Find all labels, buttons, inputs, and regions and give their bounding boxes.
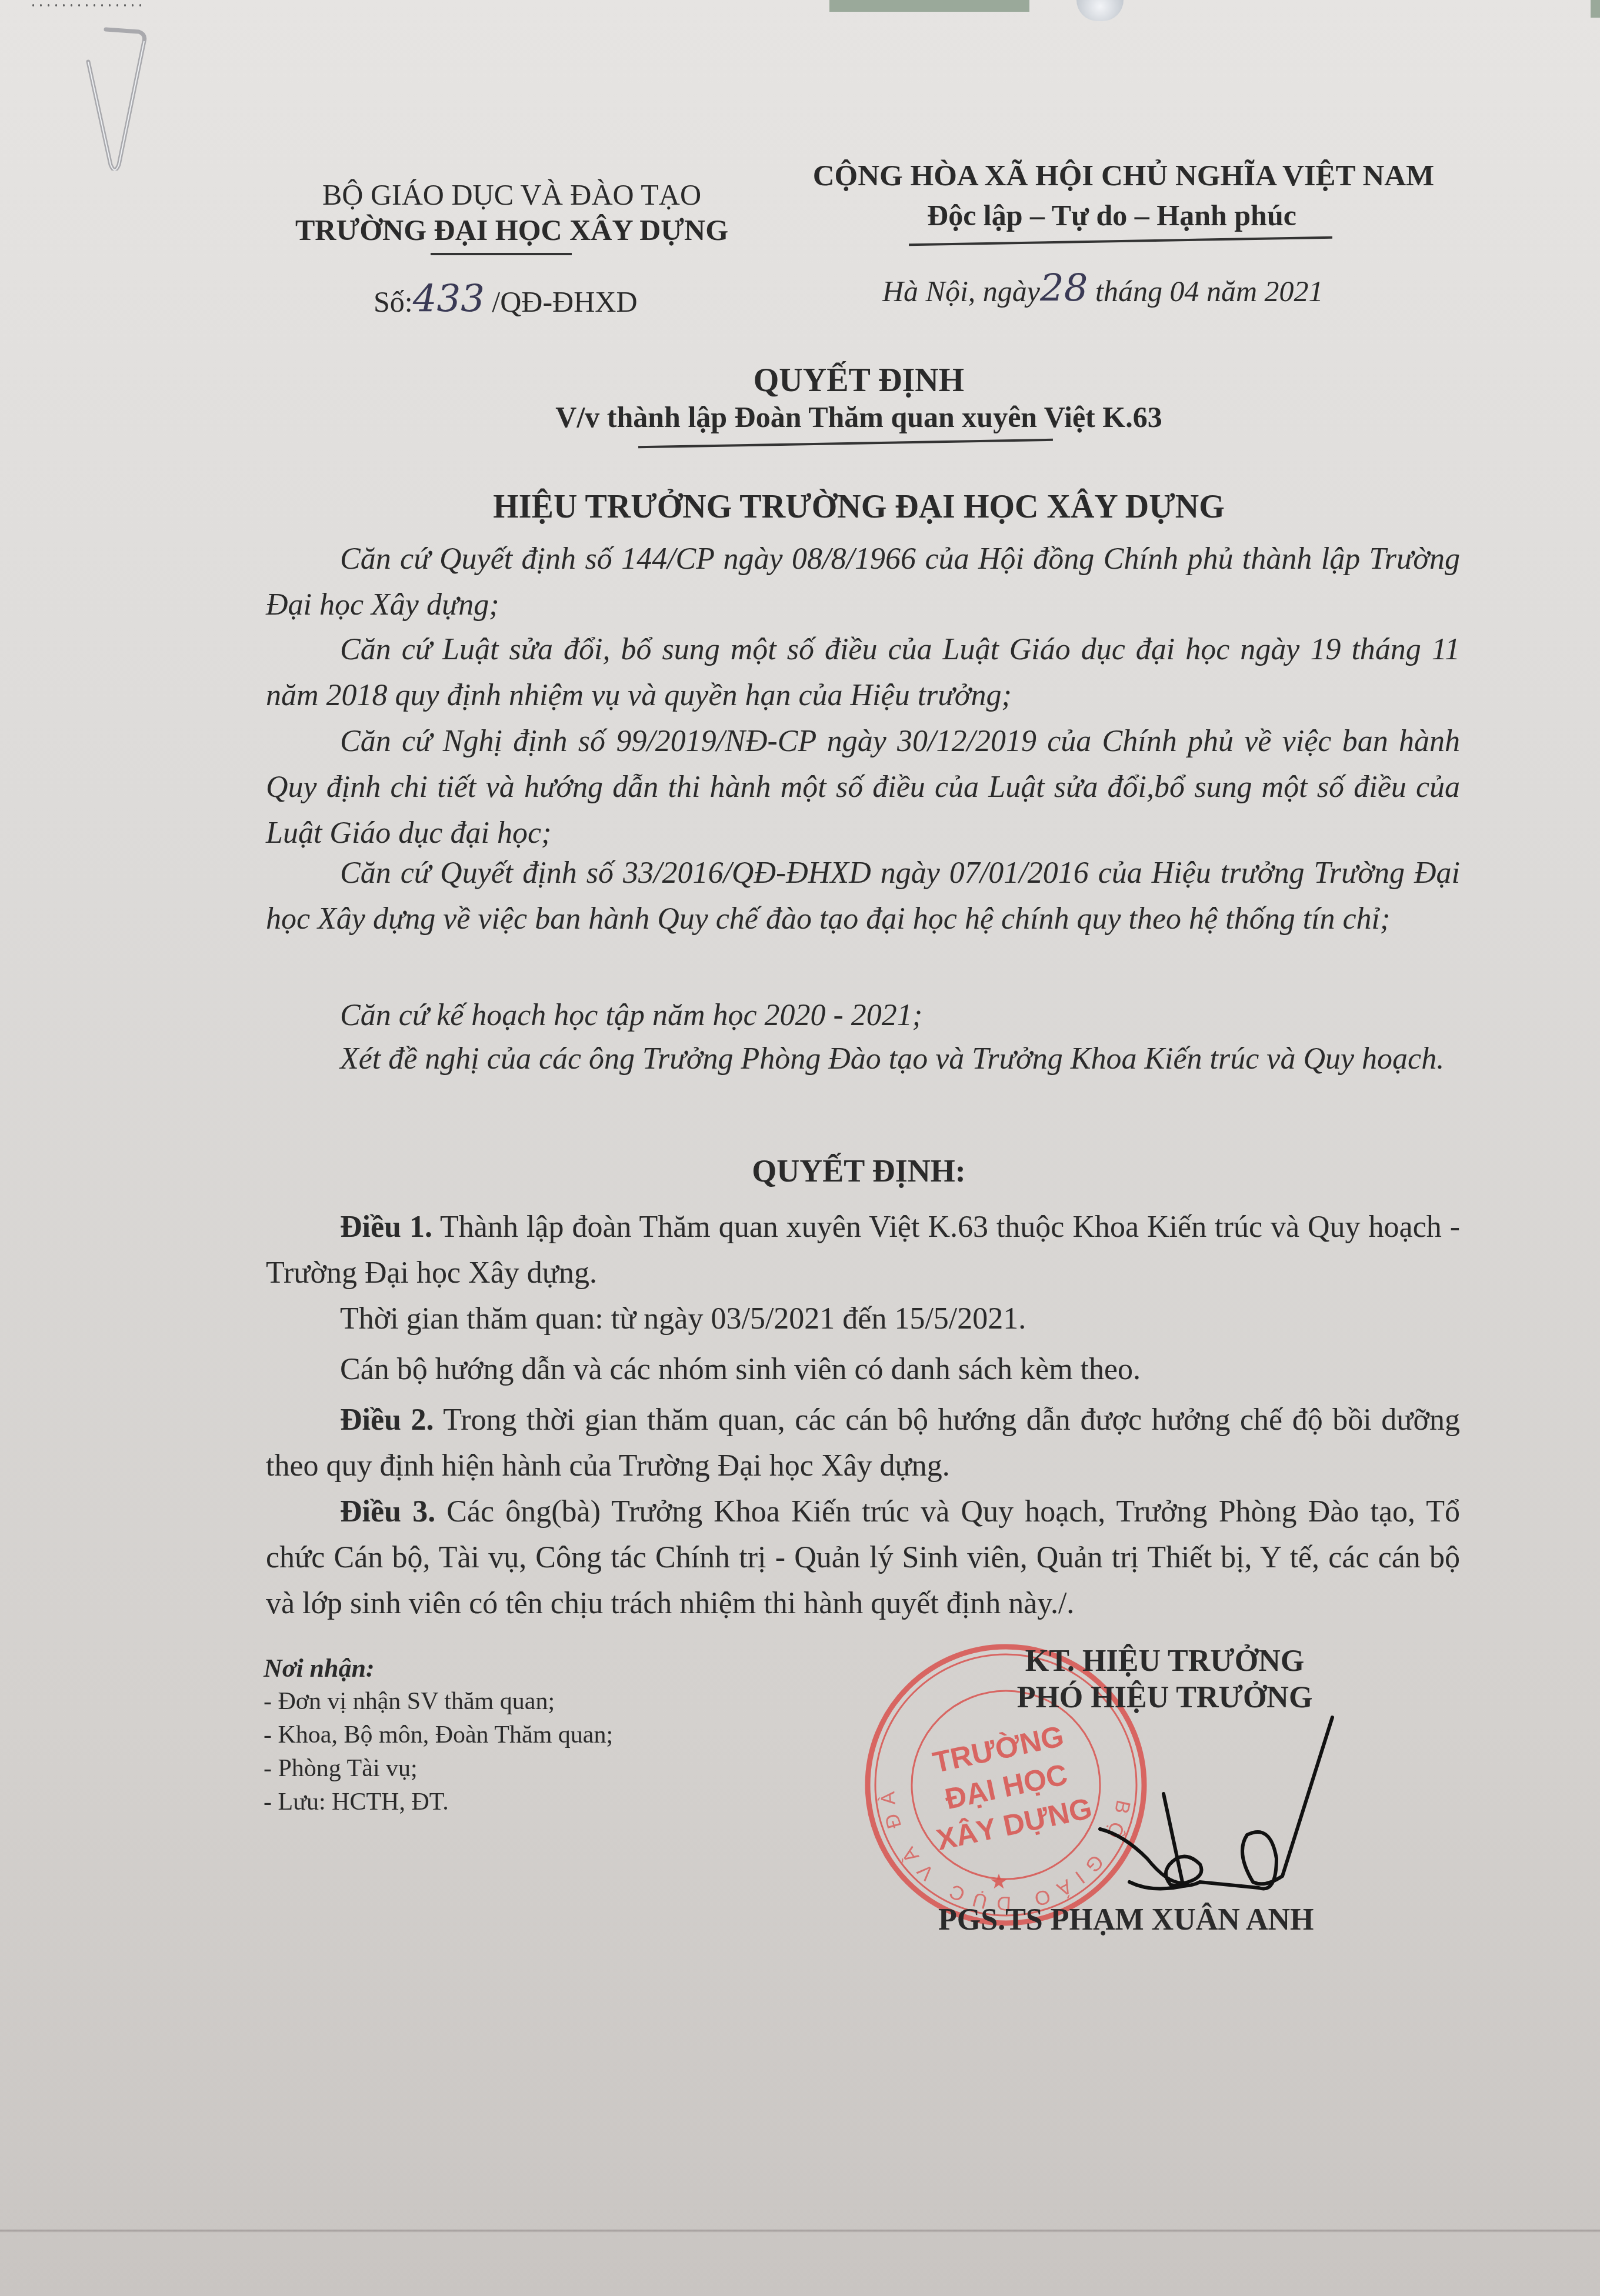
recipients-title: Nơi nhận: bbox=[264, 1651, 613, 1685]
number-handwritten: 433 bbox=[413, 278, 485, 321]
clip-glare bbox=[1076, 0, 1124, 21]
school-name: TRƯỜNG ĐẠI HỌC XÂY DỰNG bbox=[276, 212, 747, 248]
document-subject: V/v thành lập Đoàn Thăm quan xuyên Việt … bbox=[447, 400, 1271, 434]
preamble-2: Căn cứ Luật sửa đổi, bổ sung một số điều… bbox=[266, 627, 1460, 719]
ministry-name: BỘ GIÁO DỤC VÀ ĐÀO TẠO bbox=[276, 176, 747, 213]
preamble-6: Xét đề nghị của các ông Trưởng Phòng Đào… bbox=[266, 1036, 1460, 1082]
article-1-time: Thời gian thăm quan: từ ngày 03/5/2021 đ… bbox=[266, 1296, 1460, 1342]
background-green-edge-right bbox=[1591, 0, 1600, 18]
recipient-item: - Khoa, Bộ môn, Đoàn Thăm quan; bbox=[264, 1718, 613, 1752]
signer-name: PGS.TS PHẠM XUÂN ANH bbox=[938, 1903, 1314, 1937]
background-green-edge bbox=[829, 0, 1029, 12]
issue-date: Hà Nội, ngày28 tháng 04 năm 2021 bbox=[882, 271, 1323, 309]
date-suffix: tháng 04 năm 2021 bbox=[1088, 275, 1323, 308]
motto-underline bbox=[909, 236, 1332, 246]
article-1: Điều 1. Thành lập đoàn Thăm quan xuyên V… bbox=[266, 1204, 1460, 1296]
article-3-label: Điều 3. bbox=[340, 1495, 435, 1529]
paper-perforation bbox=[29, 4, 147, 7]
number-prefix: Số: bbox=[374, 285, 413, 318]
preamble-4: Căn cứ Quyết định số 33/2016/QĐ-ĐHXD ngà… bbox=[266, 850, 1460, 942]
article-1-label: Điều 1. bbox=[340, 1210, 432, 1244]
article-2: Điều 2. Trong thời gian thăm quan, các c… bbox=[266, 1397, 1460, 1489]
signature-title-1: KT. HIỆU TRƯỞNG bbox=[959, 1644, 1371, 1678]
preamble-3: Căn cứ Nghị định số 99/2019/NĐ-CP ngày 3… bbox=[266, 719, 1460, 856]
preamble-1: Căn cứ Quyết định số 144/CP ngày 08/8/19… bbox=[266, 536, 1460, 628]
recipients-block: Nơi nhận: - Đơn vị nhận SV thăm quan; - … bbox=[264, 1651, 613, 1819]
article-2-label: Điều 2. bbox=[340, 1403, 434, 1437]
motto: Độc lập – Tự do – Hạnh phúc bbox=[847, 197, 1376, 233]
date-prefix: Hà Nội, ngày bbox=[882, 275, 1040, 308]
recipient-item: - Đơn vị nhận SV thăm quan; bbox=[264, 1685, 613, 1718]
recipient-item: - Phòng Tài vụ; bbox=[264, 1752, 613, 1786]
subject-underline bbox=[638, 439, 1053, 448]
date-day-handwritten: 28 bbox=[1040, 267, 1088, 311]
recipient-item: - Lưu: HCTH, ĐT. bbox=[264, 1786, 613, 1819]
country-name: CỘNG HÒA XÃ HỘI CHỦ NGHĨA VIỆT NAM bbox=[788, 158, 1459, 194]
handwritten-signature-icon bbox=[1012, 1682, 1341, 1917]
paper-fold-line bbox=[0, 2229, 1600, 2232]
number-suffix: /QĐ-ĐHXD bbox=[492, 285, 637, 318]
document-number: Số:433 /QĐ-ĐHXD bbox=[374, 281, 638, 320]
decision-heading: QUYẾT ĐỊNH: bbox=[565, 1153, 1153, 1189]
issuing-authority: HIỆU TRƯỞNG TRƯỜNG ĐẠI HỌC XÂY DỰNG bbox=[329, 488, 1388, 526]
paperclip-icon bbox=[82, 18, 153, 171]
article-3: Điều 3. Các ông(bà) Trưởng Khoa Kiến trú… bbox=[266, 1489, 1460, 1627]
document-title: QUYẾT ĐỊNH bbox=[447, 362, 1271, 399]
article-1-list: Cán bộ hướng dẫn và các nhóm sinh viên c… bbox=[266, 1347, 1460, 1393]
preamble-5: Căn cứ kế hoạch học tập năm học 2020 - 2… bbox=[266, 993, 1460, 1039]
school-underline bbox=[431, 253, 572, 255]
